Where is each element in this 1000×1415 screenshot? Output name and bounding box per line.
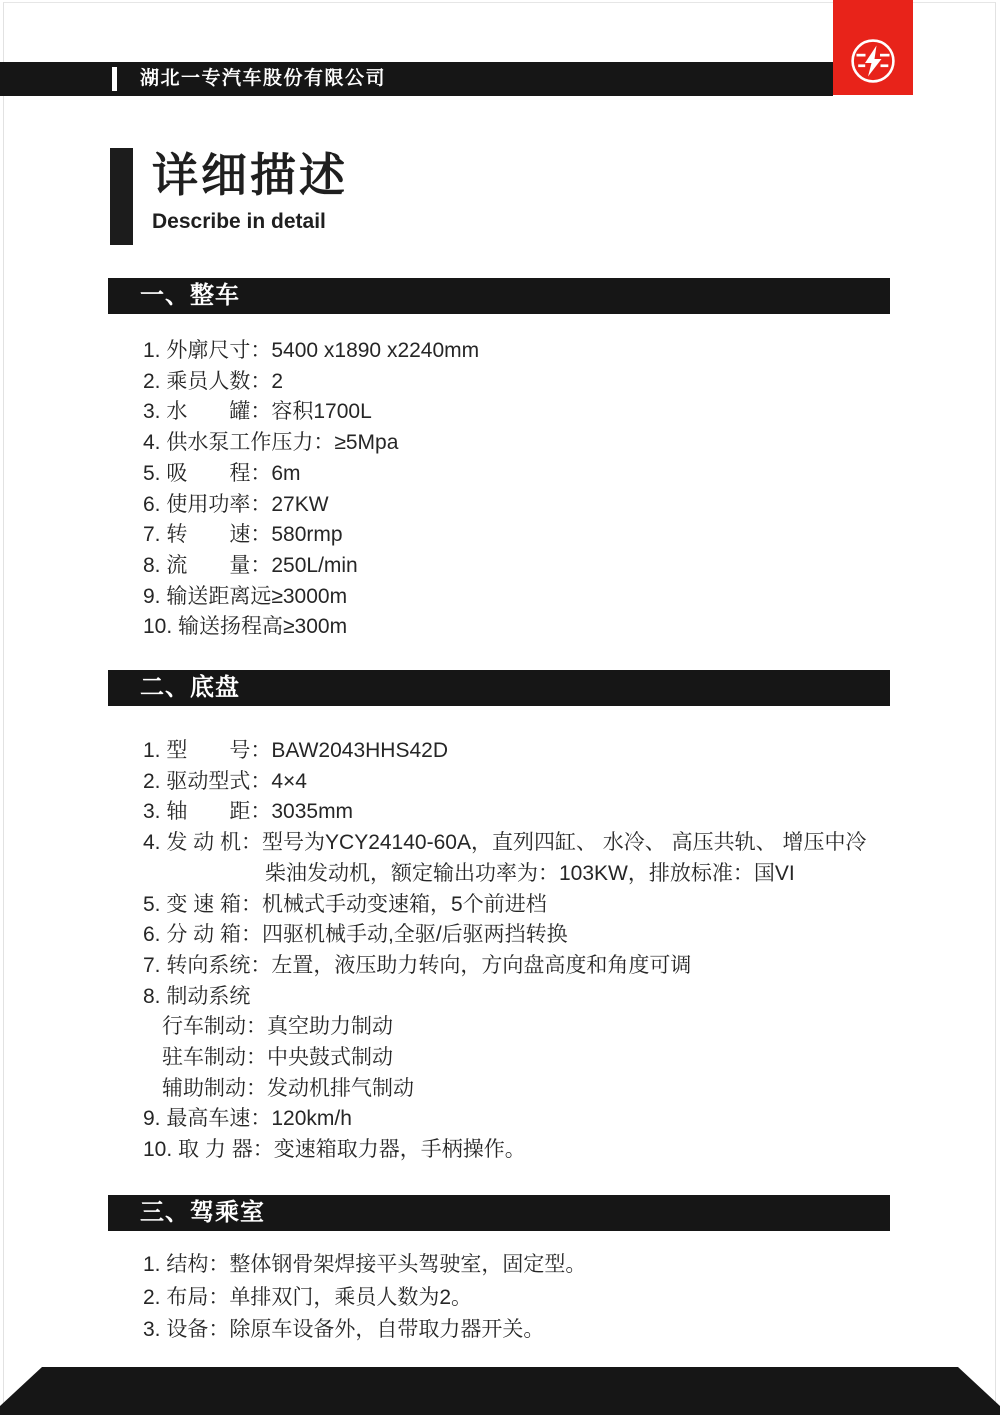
yizhuan-brand-logo-icon: [850, 38, 896, 84]
spec-line: 6. 分 动 箱：四驱机械手动,全驱/后驱两挡转换: [143, 920, 923, 951]
spec-line: 5. 吸 程：6m: [143, 459, 923, 490]
spec-line: 3. 设备：除原车设备外，自带取力器开关。: [143, 1314, 923, 1347]
title-accent-bar: [110, 148, 133, 245]
spec-line: 2. 乘员人数：2: [143, 367, 923, 398]
spec-line: 1. 结构：整体钢骨架焊接平头驾驶室，固定型。: [143, 1249, 923, 1282]
header-bar: 湖北一专汽车股份有限公司: [0, 62, 833, 96]
spec-line: 7. 转向系统：左置，液压助力转向，方向盘高度和角度可调: [143, 951, 923, 982]
spec-subline: 行车制动：真空助力制动: [162, 1012, 923, 1043]
brand-logo-block: [833, 0, 913, 95]
footer-bar: [0, 1367, 1000, 1415]
section-vehicle-specs: 1. 外廓尺寸：5400 x1890 x2240mm 2. 乘员人数：2 3. …: [143, 336, 923, 643]
section-heading-label: 一、整车: [140, 278, 240, 314]
spec-line: 8. 制动系统: [143, 982, 923, 1013]
spec-line: 4. 发 动 机：型号为YCY24140-60A，直列四缸、 水冷、 高压共轨、…: [143, 828, 923, 859]
section-heading-label: 三、驾乘室: [140, 1195, 265, 1231]
section-heading-label: 二、底盘: [140, 670, 240, 706]
spec-line: 6. 使用功率：27KW: [143, 490, 923, 521]
spec-line: 1. 型 号：BAW2043HHS42D: [143, 736, 923, 767]
section-heading-cab: 三、驾乘室: [108, 1195, 890, 1231]
section-chassis-specs: 1. 型 号：BAW2043HHS42D 2. 驱动型式：4×4 3. 轴 距：…: [143, 736, 923, 1166]
section-heading-vehicle: 一、整车: [108, 278, 890, 314]
company-name: 湖北一专汽车股份有限公司: [140, 62, 386, 96]
spec-line: 8. 流 量：250L/min: [143, 551, 923, 582]
spec-line: 3. 水 罐：容积1700L: [143, 397, 923, 428]
spec-subline: 驻车制动：中央鼓式制动: [162, 1043, 923, 1074]
page-title: 详细描述: [152, 150, 348, 201]
spec-line: 2. 布局：单排双门，乘员人数为2。: [143, 1282, 923, 1315]
spec-line: 3. 轴 距：3035mm: [143, 797, 923, 828]
spec-line: 4. 供水泵工作压力：≥5Mpa: [143, 428, 923, 459]
spec-line: 9. 输送距离远≥3000m: [143, 582, 923, 613]
page-subtitle: Describe in detail: [152, 210, 326, 234]
section-cab-specs: 1. 结构：整体钢骨架焊接平头驾驶室，固定型。 2. 布局：单排双门，乘员人数为…: [143, 1249, 923, 1347]
spec-subline: 辅助制动：发动机排气制动: [162, 1074, 923, 1105]
spec-line: 9. 最高车速：120km/h: [143, 1104, 923, 1135]
spec-line: 5. 变 速 箱：机械式手动变速箱，5个前进档: [143, 890, 923, 921]
spec-line: 2. 驱动型式：4×4: [143, 767, 923, 798]
header-accent-tick: [112, 67, 117, 91]
spec-line-continuation: 柴油发动机，额定输出功率为：103KW，排放标准：国VI: [265, 859, 923, 890]
section-heading-chassis: 二、底盘: [108, 670, 890, 706]
spec-line: 10. 取 力 器：变速箱取力器，手柄操作。: [143, 1135, 923, 1166]
spec-line: 10. 输送扬程高≥300m: [143, 612, 923, 643]
title-block: 详细描述 Describe in detail: [110, 148, 610, 248]
spec-line: 1. 外廓尺寸：5400 x1890 x2240mm: [143, 336, 923, 367]
spec-line: 7. 转 速：580rmp: [143, 520, 923, 551]
